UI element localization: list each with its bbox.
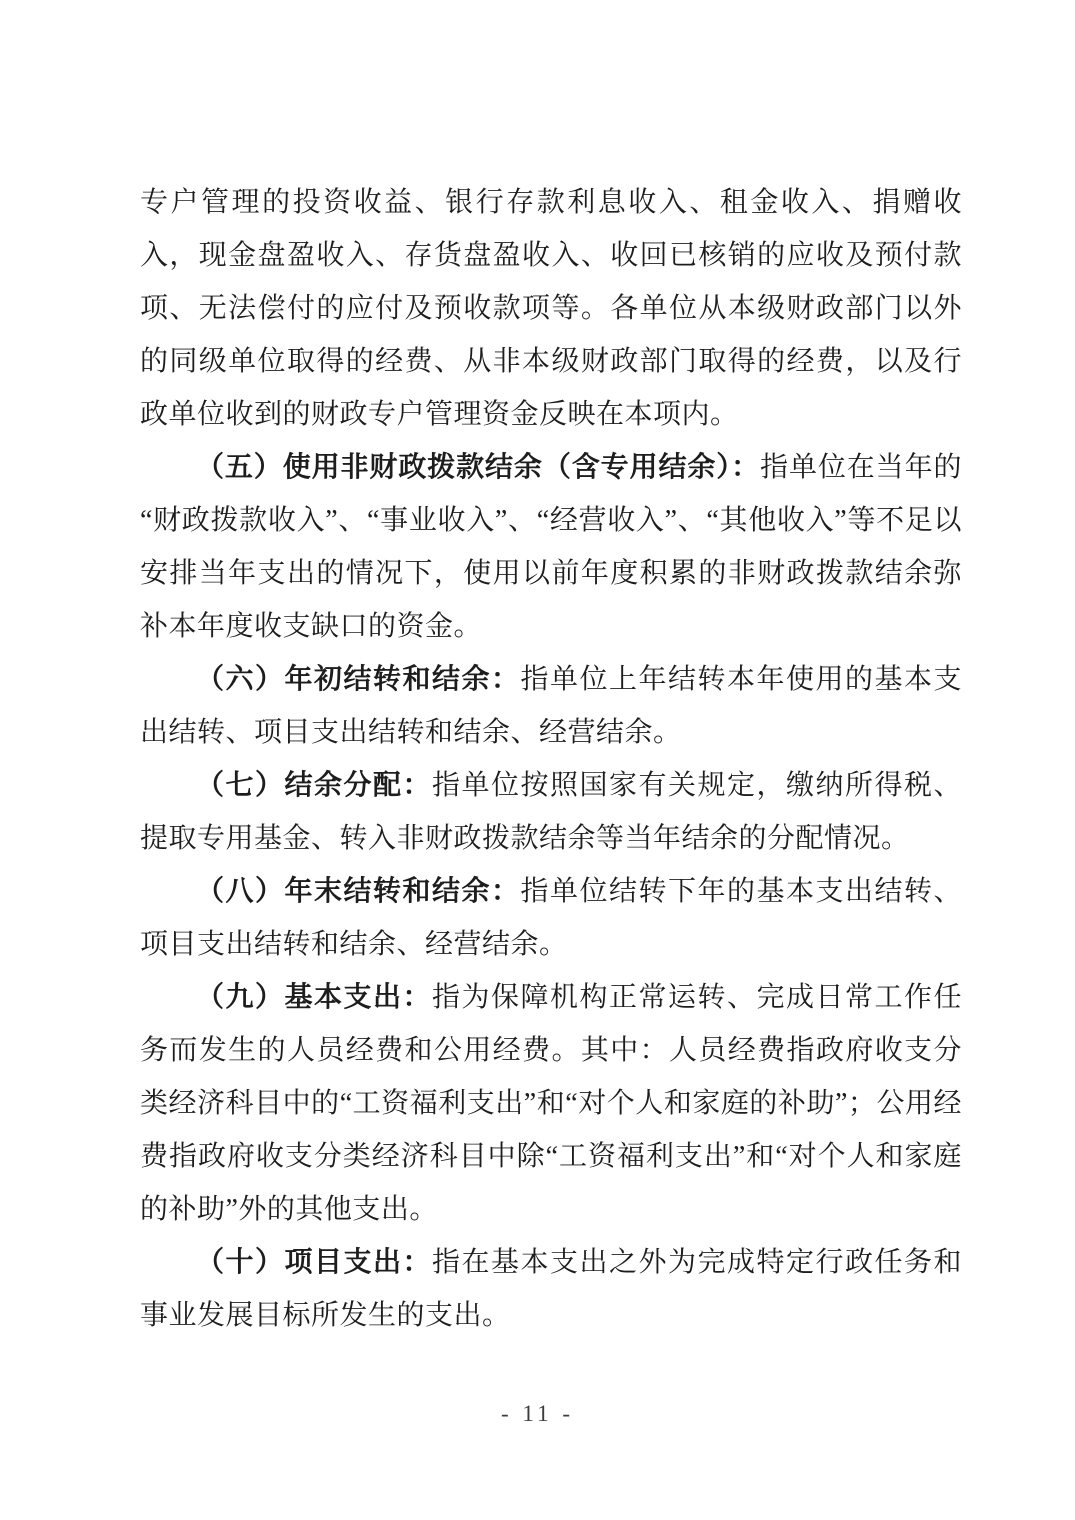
paragraph-term: （五）使用非财政拨款结余（含专用结余）：: [196, 452, 760, 483]
paragraph: （九）基本支出：指为保障机构正常运转、完成日常工作任务而发生的人员经费和公用经费…: [140, 971, 962, 1236]
document-body: 专户管理的投资收益、银行存款利息收入、租金收入、捐赠收入，现金盘盈收入、存货盘盈…: [140, 176, 962, 1342]
paragraph: （六）年初结转和结余：指单位上年结转本年使用的基本支出结转、项目支出结转和结余、…: [140, 653, 962, 759]
paragraph-text: 指为保障机构正常运转、完成日常工作任务而发生的人员经费和公用经费。其中：人员经费…: [140, 982, 962, 1225]
paragraph: （八）年末结转和结余：指单位结转下年的基本支出结转、项目支出结转和结余、经营结余…: [140, 865, 962, 971]
paragraph: 专户管理的投资收益、银行存款利息收入、租金收入、捐赠收入，现金盘盈收入、存货盘盈…: [140, 176, 962, 441]
paragraph: （七）结余分配：指单位按照国家有关规定，缴纳所得税、提取专用基金、转入非财政拨款…: [140, 759, 962, 865]
paragraph-term: （十）项目支出：: [196, 1247, 432, 1278]
document-page: 专户管理的投资收益、银行存款利息收入、租金收入、捐赠收入，现金盘盈收入、存货盘盈…: [0, 0, 1075, 1520]
paragraph: （十）项目支出：指在基本支出之外为完成特定行政任务和事业发展目标所发生的支出。: [140, 1236, 962, 1342]
page-number: - 11 -: [501, 1401, 574, 1426]
paragraph: （五）使用非财政拨款结余（含专用结余）：指单位在当年的“财政拨款收入”、“事业收…: [140, 441, 962, 653]
paragraph-term: （八）年末结转和结余：: [196, 876, 521, 907]
paragraph-text: 专户管理的投资收益、银行存款利息收入、租金收入、捐赠收入，现金盘盈收入、存货盘盈…: [140, 187, 962, 430]
paragraph-term: （七）结余分配：: [196, 770, 432, 801]
paragraph-term: （九）基本支出：: [196, 982, 432, 1013]
page-footer: - 11 -: [0, 1401, 1075, 1427]
paragraph-term: （六）年初结转和结余：: [196, 664, 521, 695]
